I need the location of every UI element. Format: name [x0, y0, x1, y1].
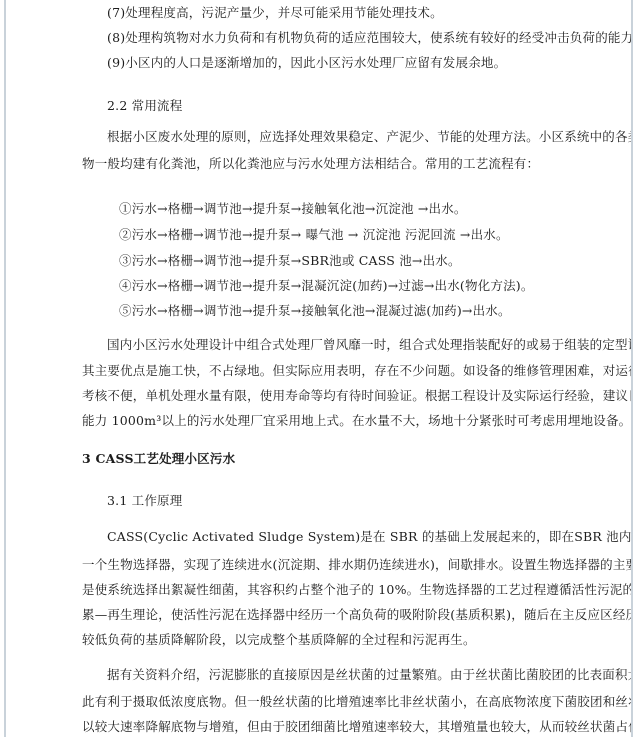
section-heading-3-1: 3.1 工作原理 [107, 492, 182, 509]
process-flow-1: ①污水→格栅→调节池→提升泵→接触氧化池→沉淀池 →出水。 [119, 200, 467, 217]
principle-paragraph-line: CASS(Cyclic Activated Sludge System)是在 S… [107, 528, 633, 545]
process-flow-5: ⑤污水→格栅→调节池→提升泵→接触氧化池→混凝过滤(加药)→出水。 [119, 302, 511, 319]
principle-paragraph-line: 一个生物选择器，实现了连续进水(沉淀期、排水期仍连续进水)，间歇排水。设置生物选… [82, 556, 633, 573]
principle-paragraph-line: 较低负荷的基质降解阶段，以完成整个基质降解的全过程和污泥再生。 [82, 631, 476, 648]
numbered-point-7: (7)处理程度高，污泥产量少，并尽可能采用节能处理技术。 [107, 4, 443, 21]
intro-paragraph-line: 根据小区废水处理的原则，应选择处理效果稳定、产泥少、节能的处理方法。小区系统中的… [107, 128, 633, 145]
sludge-bulking-paragraph-line: 以较大速率降解底物与增殖，但由于胶团细菌比增殖速率较大，其增殖量也较大，从而较丝… [82, 718, 633, 735]
document-page: (7)处理程度高，污泥产量少，并尽可能采用节能处理技术。 (8)处理构筑物对水力… [4, 0, 633, 737]
discussion-paragraph-line: 考核不便，单机处理水量有限，使用寿命等均有待时间验证。根据工程设计及实际运行经验… [82, 387, 633, 404]
principle-paragraph-line: 累—再生理论，使活性污泥在选择器中经历一个高负荷的吸附阶段(基质积累)，随后在主… [82, 606, 633, 623]
numbered-point-9: (9)小区内的人口是逐渐增加的，因此小区污水处理厂应留有发展余地。 [107, 54, 506, 71]
process-flow-2: ②污水→格栅→调节池→提升泵→ 曝气池 → 沉淀池 污泥回流 →出水。 [119, 226, 509, 243]
process-flow-3: ③污水→格栅→调节池→提升泵→SBR池或 CASS 池→出水。 [119, 252, 461, 269]
sludge-bulking-paragraph-line: 此有利于摄取低浓度底物。但一般丝状菌的比增殖速率比非丝状菌小，在高底物浓度下菌胶… [82, 693, 633, 710]
section-heading-2-2: 2.2 常用流程 [107, 97, 182, 114]
section-heading-3: 3 CASS工艺处理小区污水 [82, 450, 235, 467]
discussion-paragraph-line: 其主要优点是施工快，不占绿地。但实际应用表明，存在不少问题。如设备的维修管理困难… [82, 362, 633, 379]
principle-paragraph-line: 是使系统选择出絮凝性细菌，其容积约占整个池子的 10%。生物选择器的工艺过程遵循… [82, 581, 633, 598]
discussion-paragraph-line: 能力 1000m³以上的污水处理厂宜采用地上式。在水量不大，场地十分紧张时可考虑… [82, 412, 631, 429]
discussion-paragraph-line: 国内小区污水处理设计中组合式处理厂曾风靡一时，组合式处理指装配好的或易于组装的定… [107, 336, 633, 353]
document-viewport: (7)处理程度高，污泥产量少，并尽可能采用节能处理技术。 (8)处理构筑物对水力… [0, 0, 637, 737]
process-flow-4: ④污水→格栅→调节池→提升泵→混凝沉淀(加药)→过滤→出水(物化方法)。 [119, 277, 534, 294]
numbered-point-8: (8)处理构筑物对水力负荷和有机物负荷的适应范围较大，使系统有较好的经受冲击负荷… [107, 29, 633, 46]
intro-paragraph-line: 物一般均建有化粪池，所以化粪池应与污水处理方法相结合。常用的工艺流程有： [82, 155, 539, 172]
sludge-bulking-paragraph-line: 据有关资料介绍，污泥膨胀的直接原因是丝状菌的过量繁殖。由于丝状菌比菌胶团的比表面… [107, 666, 633, 683]
